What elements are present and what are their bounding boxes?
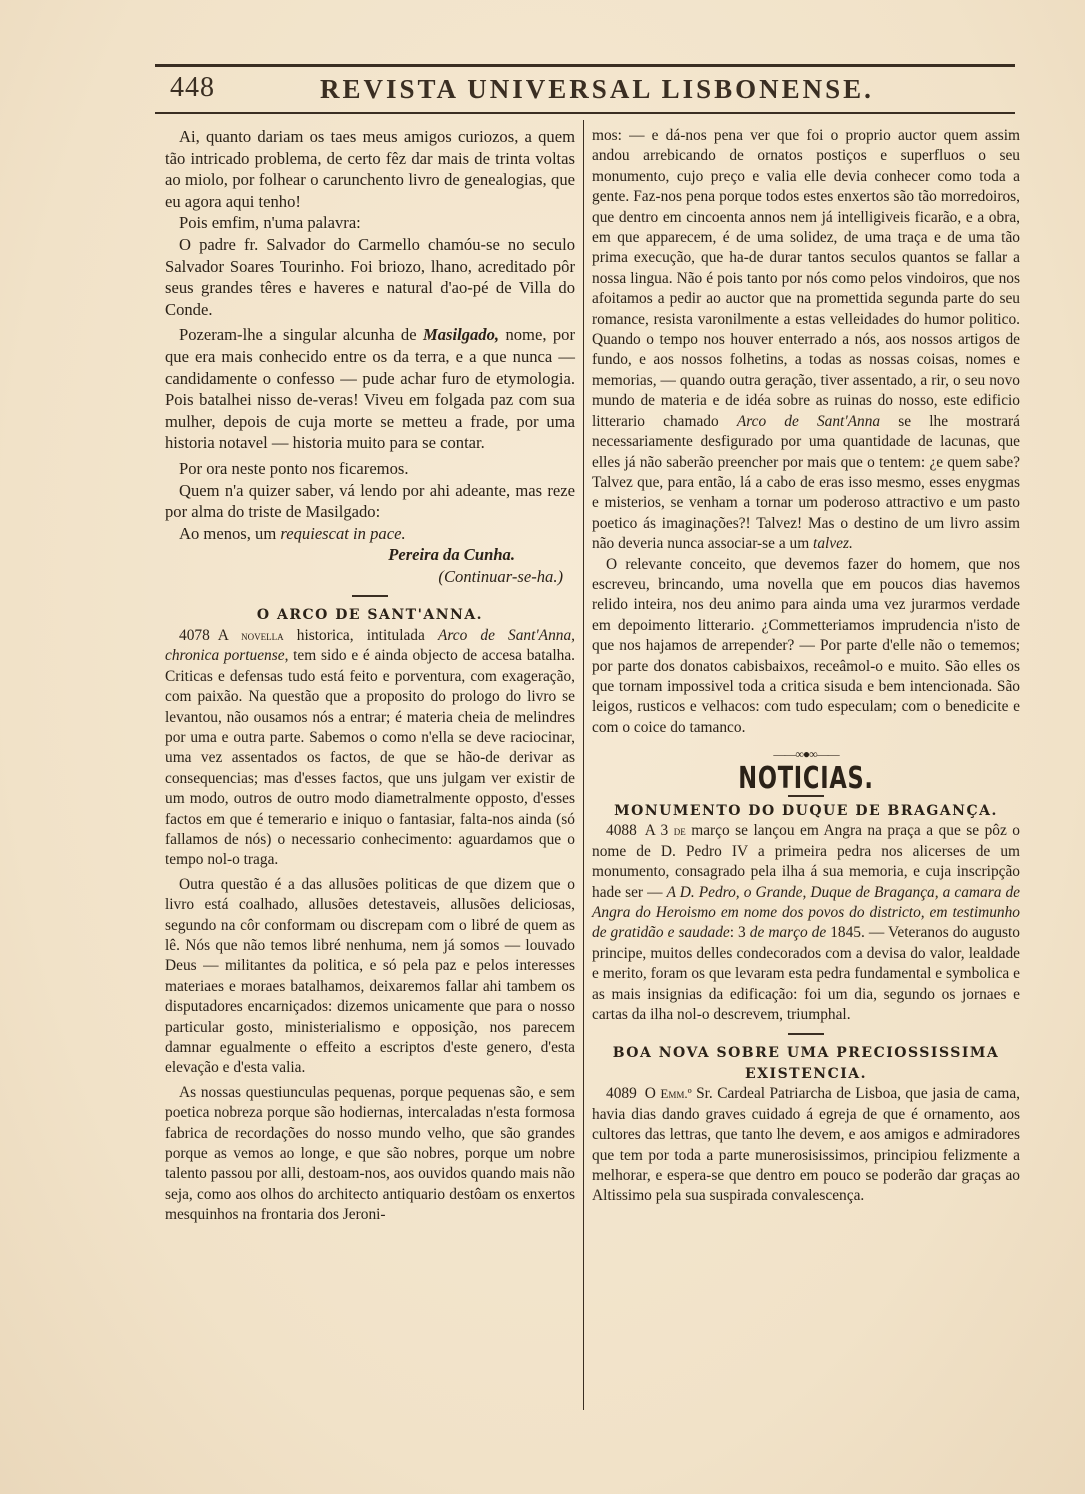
paragraph: mos: — e dá-nos pena ver que foi o propr… [592,126,1020,555]
latin-phrase: requiescat in pace. [280,524,405,543]
news-title: BOA NOVA SOBRE UMA PRECIOSSISSIMA EXISTE… [592,1043,1020,1084]
page-header: 448 REVISTA UNIVERSAL LISBONENSE. [170,70,1020,110]
section-divider [788,1033,824,1035]
right-column: mos: — e dá-nos pena ver que foi o propr… [592,126,1020,1207]
paragraph: Ai, quanto dariam os taes meus amigos cu… [165,126,575,212]
paragraph: Outra questão é a das allusões politicas… [165,875,575,1079]
journal-title: REVISTA UNIVERSAL LISBONENSE. [320,74,874,105]
paragraph: Ao menos, um requiescat in pace. [165,523,575,545]
nickname: Masilgado, [423,325,499,344]
paragraph: Pozeram-lhe a singular alcunha de Masilg… [165,324,575,454]
section-title-noticias: NOTICIAS. [646,769,967,789]
page-number: 448 [170,72,215,104]
news-number: 4089 [606,1085,637,1102]
paragraph: 4078A novella historica, intitulada Arco… [165,626,575,871]
paragraph: Quem n'a quizer saber, vá lendo por ahi … [165,480,575,523]
paragraph: 4088A 3 de março se lançou em Angra na p… [592,821,1020,1025]
article-arco-de-santanna: O ARCO DE SANT'ANNA. 4078A novella histo… [165,605,575,1225]
author-signature: Pereira da Cunha. [165,544,575,566]
column-divider [583,120,584,1410]
newspaper-page: 448 REVISTA UNIVERSAL LISBONENSE. Ai, qu… [0,0,1085,1494]
paragraph: Pois emfim, n'uma palavra: [165,212,575,234]
paragraph: 4089O Emm.º Sr. Cardeal Patriarcha de Li… [592,1084,1020,1206]
news-title: MONUMENTO DO DUQUE DE BRAGANÇA. [592,801,1020,821]
section-divider [352,595,388,597]
news-number: 4088 [606,822,637,839]
left-column: Ai, quanto dariam os taes meus amigos cu… [165,126,575,1226]
news-item: MONUMENTO DO DUQUE DE BRAGANÇA. 4088A 3 … [592,801,1020,1025]
paragraph: O padre fr. Salvador do Carmello chamóu-… [165,234,575,320]
article-title: O ARCO DE SANT'ANNA. [165,605,575,625]
news-item: BOA NOVA SOBRE UMA PRECIOSSISSIMA EXISTE… [592,1043,1020,1206]
continuation-note: (Continuar-se-ha.) [165,566,575,588]
paragraph: O relevante conceito, que devemos fazer … [592,555,1020,739]
paragraph: Por ora neste ponto nos ficaremos. [165,458,575,480]
paragraph: As nossas questiunculas pequenas, porque… [165,1083,575,1226]
book-title: Arco de Sant'Anna [737,413,880,430]
header-bottom-rule [155,112,1015,114]
article-number: 4078 [179,627,210,644]
header-top-rule [155,64,1015,67]
